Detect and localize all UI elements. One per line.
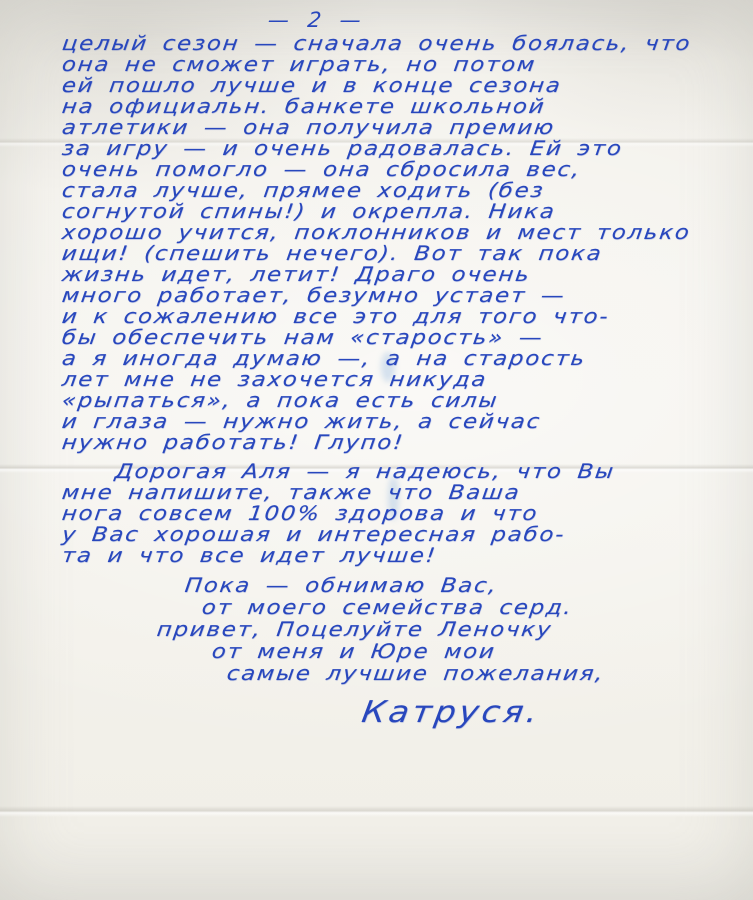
handwritten-line: атлетики — она получила премию bbox=[61, 117, 753, 138]
handwritten-line: хорошо учится, поклонников и мест только bbox=[61, 222, 753, 243]
handwritten-line: очень помогло — она сбросила вес, bbox=[61, 159, 753, 180]
handwritten-line: стала лучше, прямее ходить (без bbox=[61, 180, 753, 201]
handwritten-line: она не сможет играть, но потом bbox=[61, 54, 753, 75]
handwritten-line: и к сожалению все это для того что- bbox=[61, 306, 753, 327]
handwritten-line: от меня и Юре мои bbox=[211, 640, 753, 662]
handwritten-line: нога совсем 100% здорова и что bbox=[61, 503, 753, 524]
handwritten-line: нужно работать! Глупо! bbox=[61, 432, 753, 453]
handwritten-line: за игру — и очень радовалась. Ей это bbox=[61, 138, 753, 159]
handwritten-line: привет, Поцелуйте Леночку bbox=[156, 618, 753, 640]
handwritten-line: та и что все идет лучше! bbox=[61, 545, 753, 566]
signature: Катруся. bbox=[359, 696, 753, 730]
handwritten-line: бы обеспечить нам «старость» — bbox=[61, 327, 753, 348]
handwritten-line: а я иногда думаю —, а на старость bbox=[61, 348, 753, 369]
handwritten-line: целый сезон — сначала очень боялась, что bbox=[61, 33, 753, 54]
handwritten-line: от моего семейства серд. bbox=[201, 596, 753, 618]
handwritten-line: Дорогая Аля — я надеюсь, что Вы bbox=[114, 461, 753, 482]
handwritten-line: согнутой спины!) и окрепла. Ника bbox=[61, 201, 753, 222]
handwritten-line: мне напишите, также что Ваша bbox=[61, 482, 753, 503]
fold-crease-bottom bbox=[0, 806, 753, 817]
paragraph-season: целый сезон — сначала очень боялась, что… bbox=[62, 33, 753, 453]
handwritten-line: лет мне не захочется никуда bbox=[61, 369, 753, 390]
letter-page: — 2 — целый сезон — сначала очень боялас… bbox=[0, 0, 753, 900]
handwritten-line: и глаза — нужно жить, а сейчас bbox=[61, 411, 753, 432]
closing-block: Пока — обнимаю Вас, от моего семейства с… bbox=[62, 574, 753, 684]
handwritten-line: «рыпаться», а пока есть силы bbox=[61, 390, 753, 411]
handwritten-line: у Вас хорошая и интересная рабо- bbox=[61, 524, 753, 545]
handwritten-line: самые лучшие пожелания, bbox=[226, 662, 753, 684]
handwritten-line: Пока — обнимаю Вас, bbox=[184, 574, 753, 596]
letter-body: целый сезон — сначала очень боялась, что… bbox=[62, 33, 753, 730]
handwritten-line: ей пошло лучше и в конце сезона bbox=[61, 75, 753, 96]
paragraph-dear-alya: Дорогая Аля — я надеюсь, что Вы мне напи… bbox=[62, 461, 753, 566]
page-number: — 2 — bbox=[267, 8, 369, 32]
handwritten-line: ищи! (спешить нечего). Вот так пока bbox=[61, 243, 753, 264]
handwritten-line: много работает, безумно устает — bbox=[61, 285, 753, 306]
handwritten-line: жизнь идет, летит! Драго очень bbox=[61, 264, 753, 285]
handwritten-line: на официальн. банкете школьной bbox=[61, 96, 753, 117]
